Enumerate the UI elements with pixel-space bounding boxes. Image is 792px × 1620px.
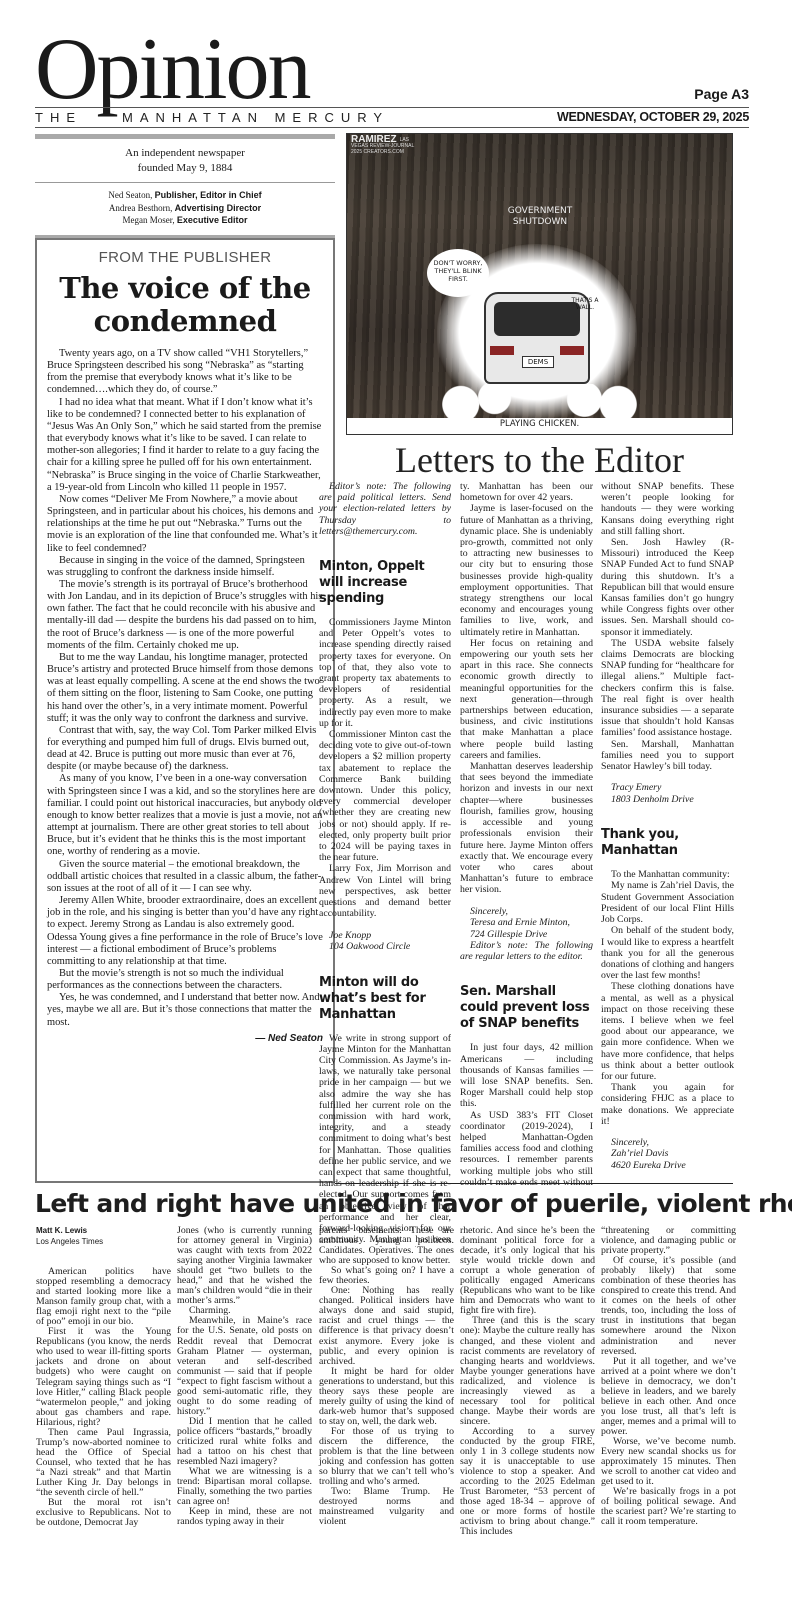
paragraph: One: Nothing has really changed. Politic…: [319, 1286, 454, 1366]
letter-author: Tracy Emery: [611, 782, 734, 794]
paragraph: Thank you again for considering FHJC as …: [601, 1082, 734, 1127]
paragraph: Sen. Marshall, Manhattan families need y…: [601, 739, 734, 773]
column-text-4: rhetoric. And since he’s been the domina…: [460, 1226, 595, 1537]
paragraph: According to a survey conducted by the g…: [460, 1427, 595, 1538]
paragraph: Then came Paul Ingrassia, Trump’s now-ab…: [36, 1428, 171, 1498]
column-text-5: “threatening or committing violence, and…: [601, 1226, 736, 1527]
paragraph: Commissioner Minton cast the deciding vo…: [319, 729, 451, 863]
letter-address: 724 Gillespie Drive: [470, 929, 593, 941]
staff-list: Ned Seaton, Publisher, Editor in Chief A…: [35, 183, 335, 235]
staff-item: Ned Seaton, Publisher, Editor in Chief: [35, 189, 335, 202]
paragraph: Now comes “Deliver Me From Nowhere,” a m…: [47, 494, 323, 555]
paragraph: Did I mention that he called police offi…: [177, 1417, 312, 1467]
letter-address: 1803 Denholm Drive: [611, 794, 734, 806]
paragraph: Larry Fox, Jim Morrison and Andrew Von L…: [319, 863, 451, 919]
paragraph: Given the source material – the emotiona…: [47, 859, 323, 895]
paragraph: My name is Zah’riel Davis, the Student G…: [601, 880, 734, 925]
paragraph: Commissioners Jayme Minton and Peter Opp…: [319, 617, 451, 729]
staff-name: Megan Moser,: [123, 215, 175, 225]
paragraph-continued: without SNAP benefits. These weren’t peo…: [601, 481, 734, 537]
column-text-2: Jones (who is currently running for atto…: [177, 1226, 312, 1527]
letter-author: Teresa and Ernie Minton,: [470, 917, 593, 929]
column-text-1: Matt K. Lewis Los Angeles Times American…: [36, 1226, 171, 1528]
letter-headline: Minton will do what’s best for Manhattan: [319, 975, 451, 1023]
credit-line: 2025 CREATORS.COM: [351, 149, 425, 155]
masthead: Opinion Page A3 THEMANHATTAN MERCURY WED…: [35, 30, 749, 128]
paragraph: But the moral rot isn’t exclusive to Rep…: [36, 1498, 171, 1528]
paper-name: MANHATTAN MERCURY: [122, 110, 389, 125]
editor-note: Editor’s note: The following are regular…: [460, 940, 593, 962]
paragraph: What we are witnessing is a trend: Bipar…: [177, 1467, 312, 1507]
speech-bubble: THAT'S A WALL.: [565, 297, 605, 325]
author-outlet: Los Angeles Times: [36, 1237, 171, 1248]
staff-item: Megan Moser, Executive Editor: [35, 214, 335, 227]
paragraph: We’re basically frogs in a pot of boilin…: [601, 1487, 736, 1527]
headline: The voice of the condemned: [47, 272, 323, 338]
letter-closing: Sincerely,: [611, 1137, 734, 1149]
paragraph: Because in singing in the voice of the d…: [47, 555, 323, 579]
paragraph: Contrast that with, say, the way Col. To…: [47, 725, 323, 774]
paragraph: Jayme is laser-focused on the future of …: [460, 503, 593, 637]
paragraph-continued: ty. Manhattan has been our hometown for …: [460, 481, 593, 503]
paragraph: Sen. Josh Hawley (R-Missouri) introduced…: [601, 537, 734, 638]
taillight: [560, 346, 584, 355]
letter-author: Joe Knopp: [329, 930, 451, 942]
cartoon-caption: PLAYING CHICKEN.: [347, 419, 732, 429]
section-title: Opinion: [35, 26, 309, 114]
letters-column-3: without SNAP benefits. These weren’t peo…: [601, 481, 734, 1171]
paragraph-continued: parents’ basements. These are ambitious …: [319, 1226, 454, 1266]
column-text-3: parents’ basements. These are ambitious …: [319, 1226, 454, 1527]
letter-headline: Sen. Marshall could prevent loss of SNAP…: [460, 984, 593, 1032]
letter-headline: Thank you, Manhattan: [601, 827, 734, 859]
paragraph: Put it all together, and we’ve arrived a…: [601, 1357, 736, 1437]
letters-column-1: Editor’s note: The following are paid po…: [319, 481, 451, 1247]
paragraph: Two: Blame Trump. He destroyed norms and…: [319, 1487, 454, 1527]
paper-the: THE: [35, 110, 82, 125]
about-box: An independent newspaper founded May 9, …: [35, 134, 335, 239]
author-name: Matt K. Lewis: [36, 1226, 87, 1235]
taillight: [490, 346, 514, 355]
article-body: Twenty years ago, on a TV show called “V…: [47, 348, 323, 1029]
editor-note: Editor’s note: The following are paid po…: [319, 481, 451, 537]
paragraph: Yes, he was condemned, and I understand …: [47, 992, 323, 1028]
letter-headline: Minton, Oppelt will increase spending: [319, 559, 451, 607]
paragraph: But the movie’s strength is not so much …: [47, 968, 323, 992]
letters-column-2: ty. Manhattan has been our hometown for …: [460, 481, 593, 1188]
founded-date: founded May 9, 1884: [35, 161, 335, 176]
newspaper-name: THEMANHATTAN MERCURY: [35, 110, 389, 125]
paragraph: First it was the Young Republicans (you …: [36, 1327, 171, 1427]
letter-signoff: Sincerely, Zah’riel Davis 4620 Eureka Dr…: [601, 1137, 734, 1172]
paragraph: Meanwhile, in Maine’s race for the U.S. …: [177, 1316, 312, 1416]
paragraph: Jeremy Allen White, brooder extraordinai…: [47, 895, 323, 968]
staff-title: Executive Editor: [177, 215, 248, 225]
paragraph: Keep in mind, these are not randos typin…: [177, 1507, 312, 1527]
staff-title: Publisher, Editor in Chief: [155, 190, 262, 200]
letter-author: Zah’riel Davis: [611, 1148, 734, 1160]
paragraph: So what’s going on? I have a few theorie…: [319, 1266, 454, 1286]
founded-note: An independent newspaper founded May 9, …: [35, 139, 335, 183]
letter-signoff: Joe Knopp 104 Oakwood Circle: [319, 930, 451, 953]
letters-title: Letters to the Editor: [346, 440, 733, 480]
publisher-column: FROM THE PUBLISHER The voice of the cond…: [35, 238, 335, 1183]
paragraph: These clothing donations have a mental, …: [601, 981, 734, 1082]
paragraph: The movie’s strength is its portrayal of…: [47, 579, 323, 652]
issue-date: WEDNESDAY, OCTOBER 29, 2025: [557, 110, 749, 124]
divider: [335, 1183, 733, 1184]
paragraph: As USD 383’s FIT Closet coordinator (201…: [460, 1110, 593, 1188]
paragraph: Manhattan deserves leadership that sees …: [460, 761, 593, 895]
kicker: FROM THE PUBLISHER: [47, 249, 323, 266]
letter-closing: Sincerely,: [470, 906, 593, 918]
paragraph: But to me the way Landau, his longtime m…: [47, 652, 323, 725]
paragraph: The USDA website falsely claims Democrat…: [601, 638, 734, 739]
cartoon-credit: RAMIREZLAS VEGAS REVIEW-JOURNAL2025 CREA…: [351, 137, 425, 155]
paragraph: Of course, it’s possible (and probably l…: [601, 1256, 736, 1356]
divider: [35, 127, 749, 128]
paragraph: In just four days, 42 million Americans …: [460, 1042, 593, 1109]
byline: Matt K. Lewis Los Angeles Times: [36, 1226, 171, 1247]
paragraph: It might be hard for older generations t…: [319, 1367, 454, 1427]
paragraph-continued: Jones (who is currently running for atto…: [177, 1226, 312, 1306]
column-headline: Left and right have united in favor of p…: [35, 1187, 755, 1221]
letter-address: 4620 Eureka Drive: [611, 1160, 734, 1172]
paragraph: Worse, we’ve become numb. Every new scan…: [601, 1437, 736, 1487]
editorial-cartoon: RAMIREZLAS VEGAS REVIEW-JOURNAL2025 CREA…: [346, 133, 733, 435]
paragraph: American politics have stopped resemblin…: [36, 1267, 171, 1327]
cartoon-label: GOVERNMENT SHUTDOWN: [495, 206, 585, 228]
paragraph: For those of us trying to discern the di…: [319, 1427, 454, 1487]
paragraph: As many of you know, I’ve been in a one-…: [47, 773, 323, 858]
staff-title: Advertising Director: [175, 203, 262, 213]
cartoon-art: RAMIREZLAS VEGAS REVIEW-JOURNAL2025 CREA…: [347, 134, 732, 418]
tagline: An independent newspaper: [35, 146, 335, 161]
paragraph-continued: rhetoric. And since he’s been the domina…: [460, 1226, 595, 1316]
letter-signoff: Sincerely, Teresa and Ernie Minton, 724 …: [460, 906, 593, 941]
paragraph: Her focus on retaining and empowering ou…: [460, 638, 593, 761]
license-plate: DEMS: [522, 356, 554, 368]
page-number: Page A3: [694, 86, 749, 102]
paragraph: Three (and this is the scary one): Maybe…: [460, 1316, 595, 1427]
paragraph: To the Manhattan community:: [601, 869, 734, 880]
letter-signoff: Tracy Emery 1803 Denholm Drive: [601, 782, 734, 805]
dust-cloud: [427, 384, 652, 418]
staff-name: Andrea Besthorn,: [109, 203, 172, 213]
paragraph: On behalf of the student body, I would l…: [601, 925, 734, 981]
speech-bubble: DON'T WORRY, THEY'LL BLINK FIRST.: [427, 249, 489, 297]
paragraph: I had no idea what that meant. What if I…: [47, 397, 323, 494]
staff-item: Andrea Besthorn, Advertising Director: [35, 202, 335, 215]
divider: [35, 107, 749, 108]
letter-address: 104 Oakwood Circle: [329, 941, 451, 953]
staff-name: Ned Seaton,: [108, 190, 152, 200]
paragraph: Twenty years ago, on a TV show called “V…: [47, 348, 323, 397]
signature: — Ned Seaton: [47, 1033, 323, 1044]
paragraph-continued: “threatening or committing violence, and…: [601, 1226, 736, 1256]
